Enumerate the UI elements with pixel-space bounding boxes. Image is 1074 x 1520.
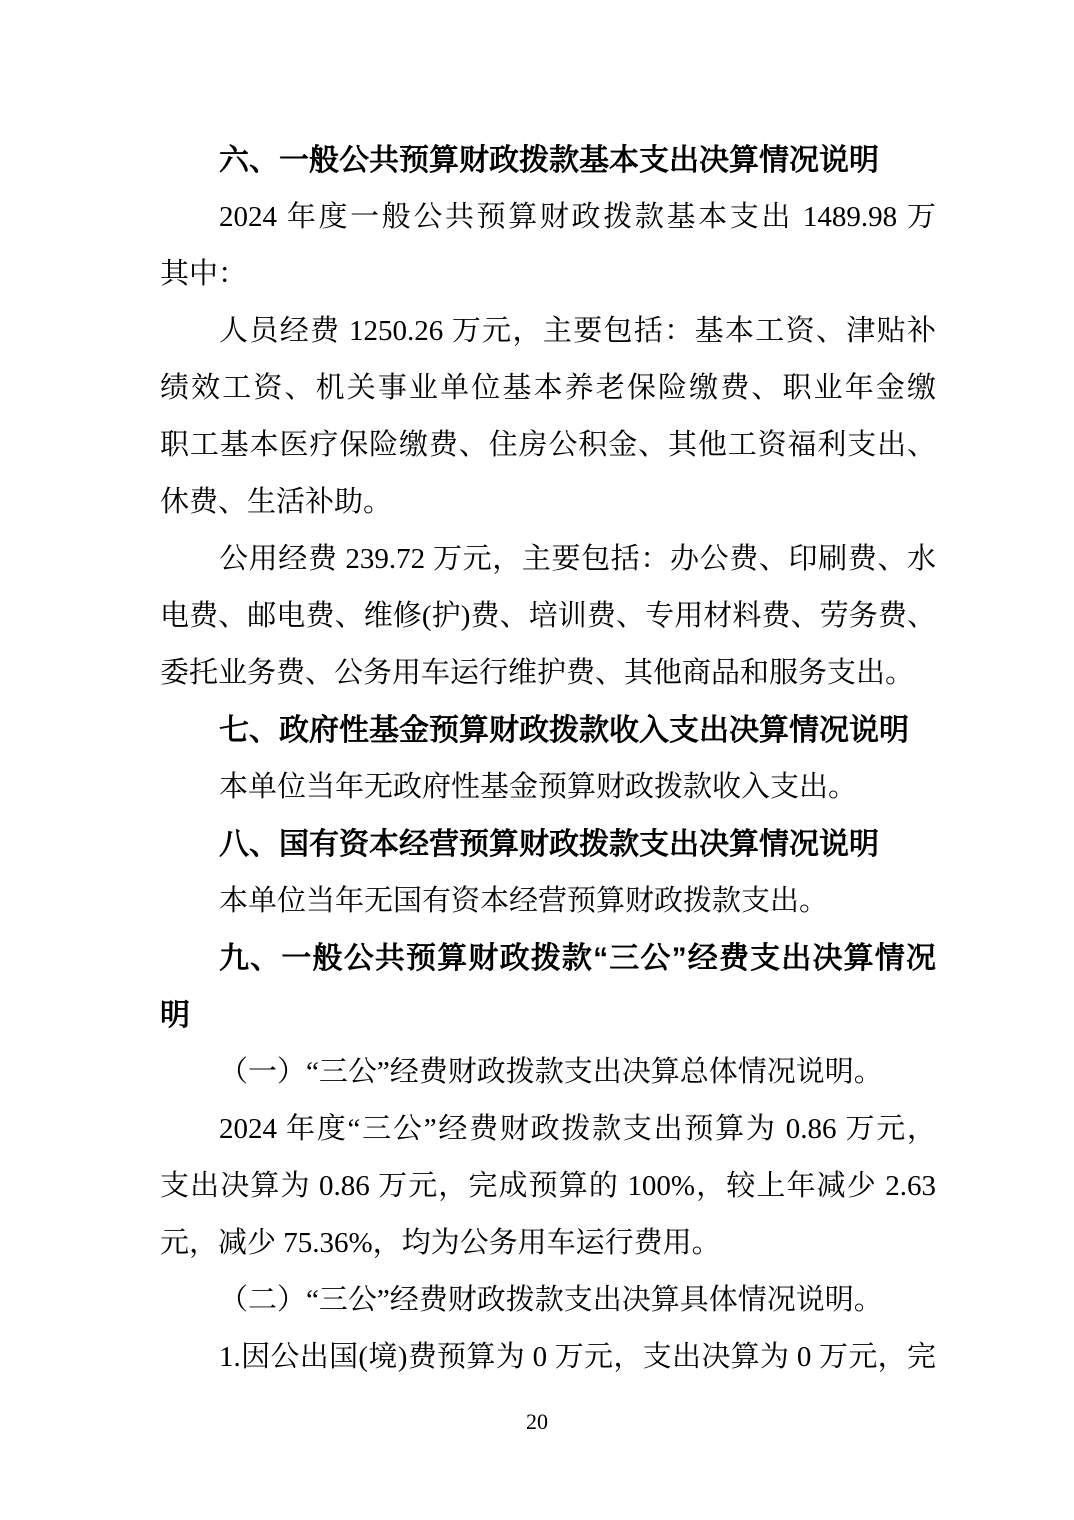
section-8-paragraph-line: 本单位当年无国有资本经营预算财政拨款支出。 (160, 873, 936, 930)
section-9-heading: 九、一般公共预算财政拨款“三公”经费支出决算情况说 (160, 930, 936, 987)
document-body: 六、一般公共预算财政拨款基本支出决算情况说明 2024 年度一般公共预算财政拨款… (160, 132, 936, 1386)
section-6-paragraph-line: 2024 年度一般公共预算财政拨款基本支出 1489.98 万元， (160, 189, 936, 246)
section-8-heading: 八、国有资本经营预算财政拨款支出决算情况说明 (160, 816, 936, 873)
abroad-expense-line: 1.因公出国(境)费预算为 0 万元，支出决算为 0 万元，完 (160, 1329, 936, 1386)
section-9-heading: 明 (160, 987, 936, 1044)
document-page: 六、一般公共预算财政拨款基本支出决算情况说明 2024 年度一般公共预算财政拨款… (0, 0, 1074, 1520)
personnel-expense-line: 人员经费 1250.26 万元，主要包括：基本工资、津贴补贴、 (160, 303, 936, 360)
page-number: 20 (0, 1402, 1074, 1442)
public-expense-line: 公用经费 239.72 万元，主要包括：办公费、印刷费、水费、 (160, 531, 936, 588)
three-public-overview-heading: （一）“三公”经费财政拨款支出决算总体情况说明。 (160, 1044, 936, 1101)
three-public-overview-line: 支出决算为 0.86 万元，完成预算的 100%，较上年减少 2.63 万 (160, 1158, 936, 1215)
public-expense-line: 委托业务费、公务用车运行维护费、其他商品和服务支出。 (160, 645, 936, 702)
section-7-heading: 七、政府性基金预算财政拨款收入支出决算情况说明 (160, 702, 936, 759)
three-public-detail-heading: （二）“三公”经费财政拨款支出决算具体情况说明。 (160, 1272, 936, 1329)
personnel-expense-line: 职工基本医疗保险缴费、住房公积金、其他工资福利支出、退 (160, 417, 936, 474)
section-7-paragraph-line: 本单位当年无政府性基金预算财政拨款收入支出。 (160, 759, 936, 816)
personnel-expense-line: 休费、生活补助。 (160, 474, 936, 531)
public-expense-line: 电费、邮电费、维修(护)费、培训费、专用材料费、劳务费、 (160, 588, 936, 645)
three-public-overview-line: 2024 年度“三公”经费财政拨款支出预算为 0.86 万元， (160, 1101, 936, 1158)
section-6-paragraph-line: 其中： (160, 246, 936, 303)
section-6-heading: 六、一般公共预算财政拨款基本支出决算情况说明 (160, 132, 936, 189)
three-public-overview-line: 元，减少 75.36%，均为公务用车运行费用。 (160, 1215, 936, 1272)
personnel-expense-line: 绩效工资、机关事业单位基本养老保险缴费、职业年金缴费、 (160, 360, 936, 417)
